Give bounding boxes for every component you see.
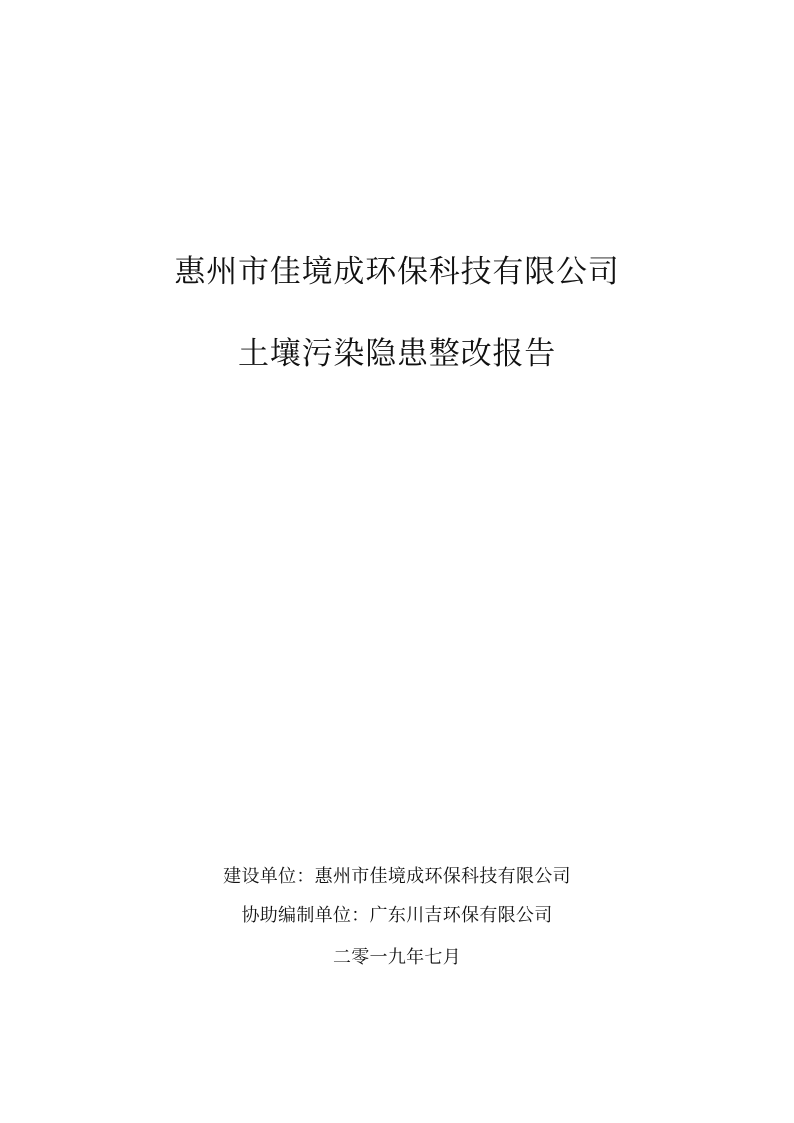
report-date: 二零一九年七月 (0, 946, 794, 970)
report-title: 土壤污染隐患整改报告 (0, 334, 794, 374)
construction-unit: 建设单位：惠州市佳境成环保科技有限公司 (0, 865, 794, 889)
company-title: 惠州市佳境成环保科技有限公司 (0, 252, 794, 292)
assisting-unit: 协助编制单位：广东川吉环保有限公司 (0, 904, 794, 928)
document-page: 惠州市佳境成环保科技有限公司 土壤污染隐患整改报告 建设单位：惠州市佳境成环保科… (0, 0, 794, 1123)
